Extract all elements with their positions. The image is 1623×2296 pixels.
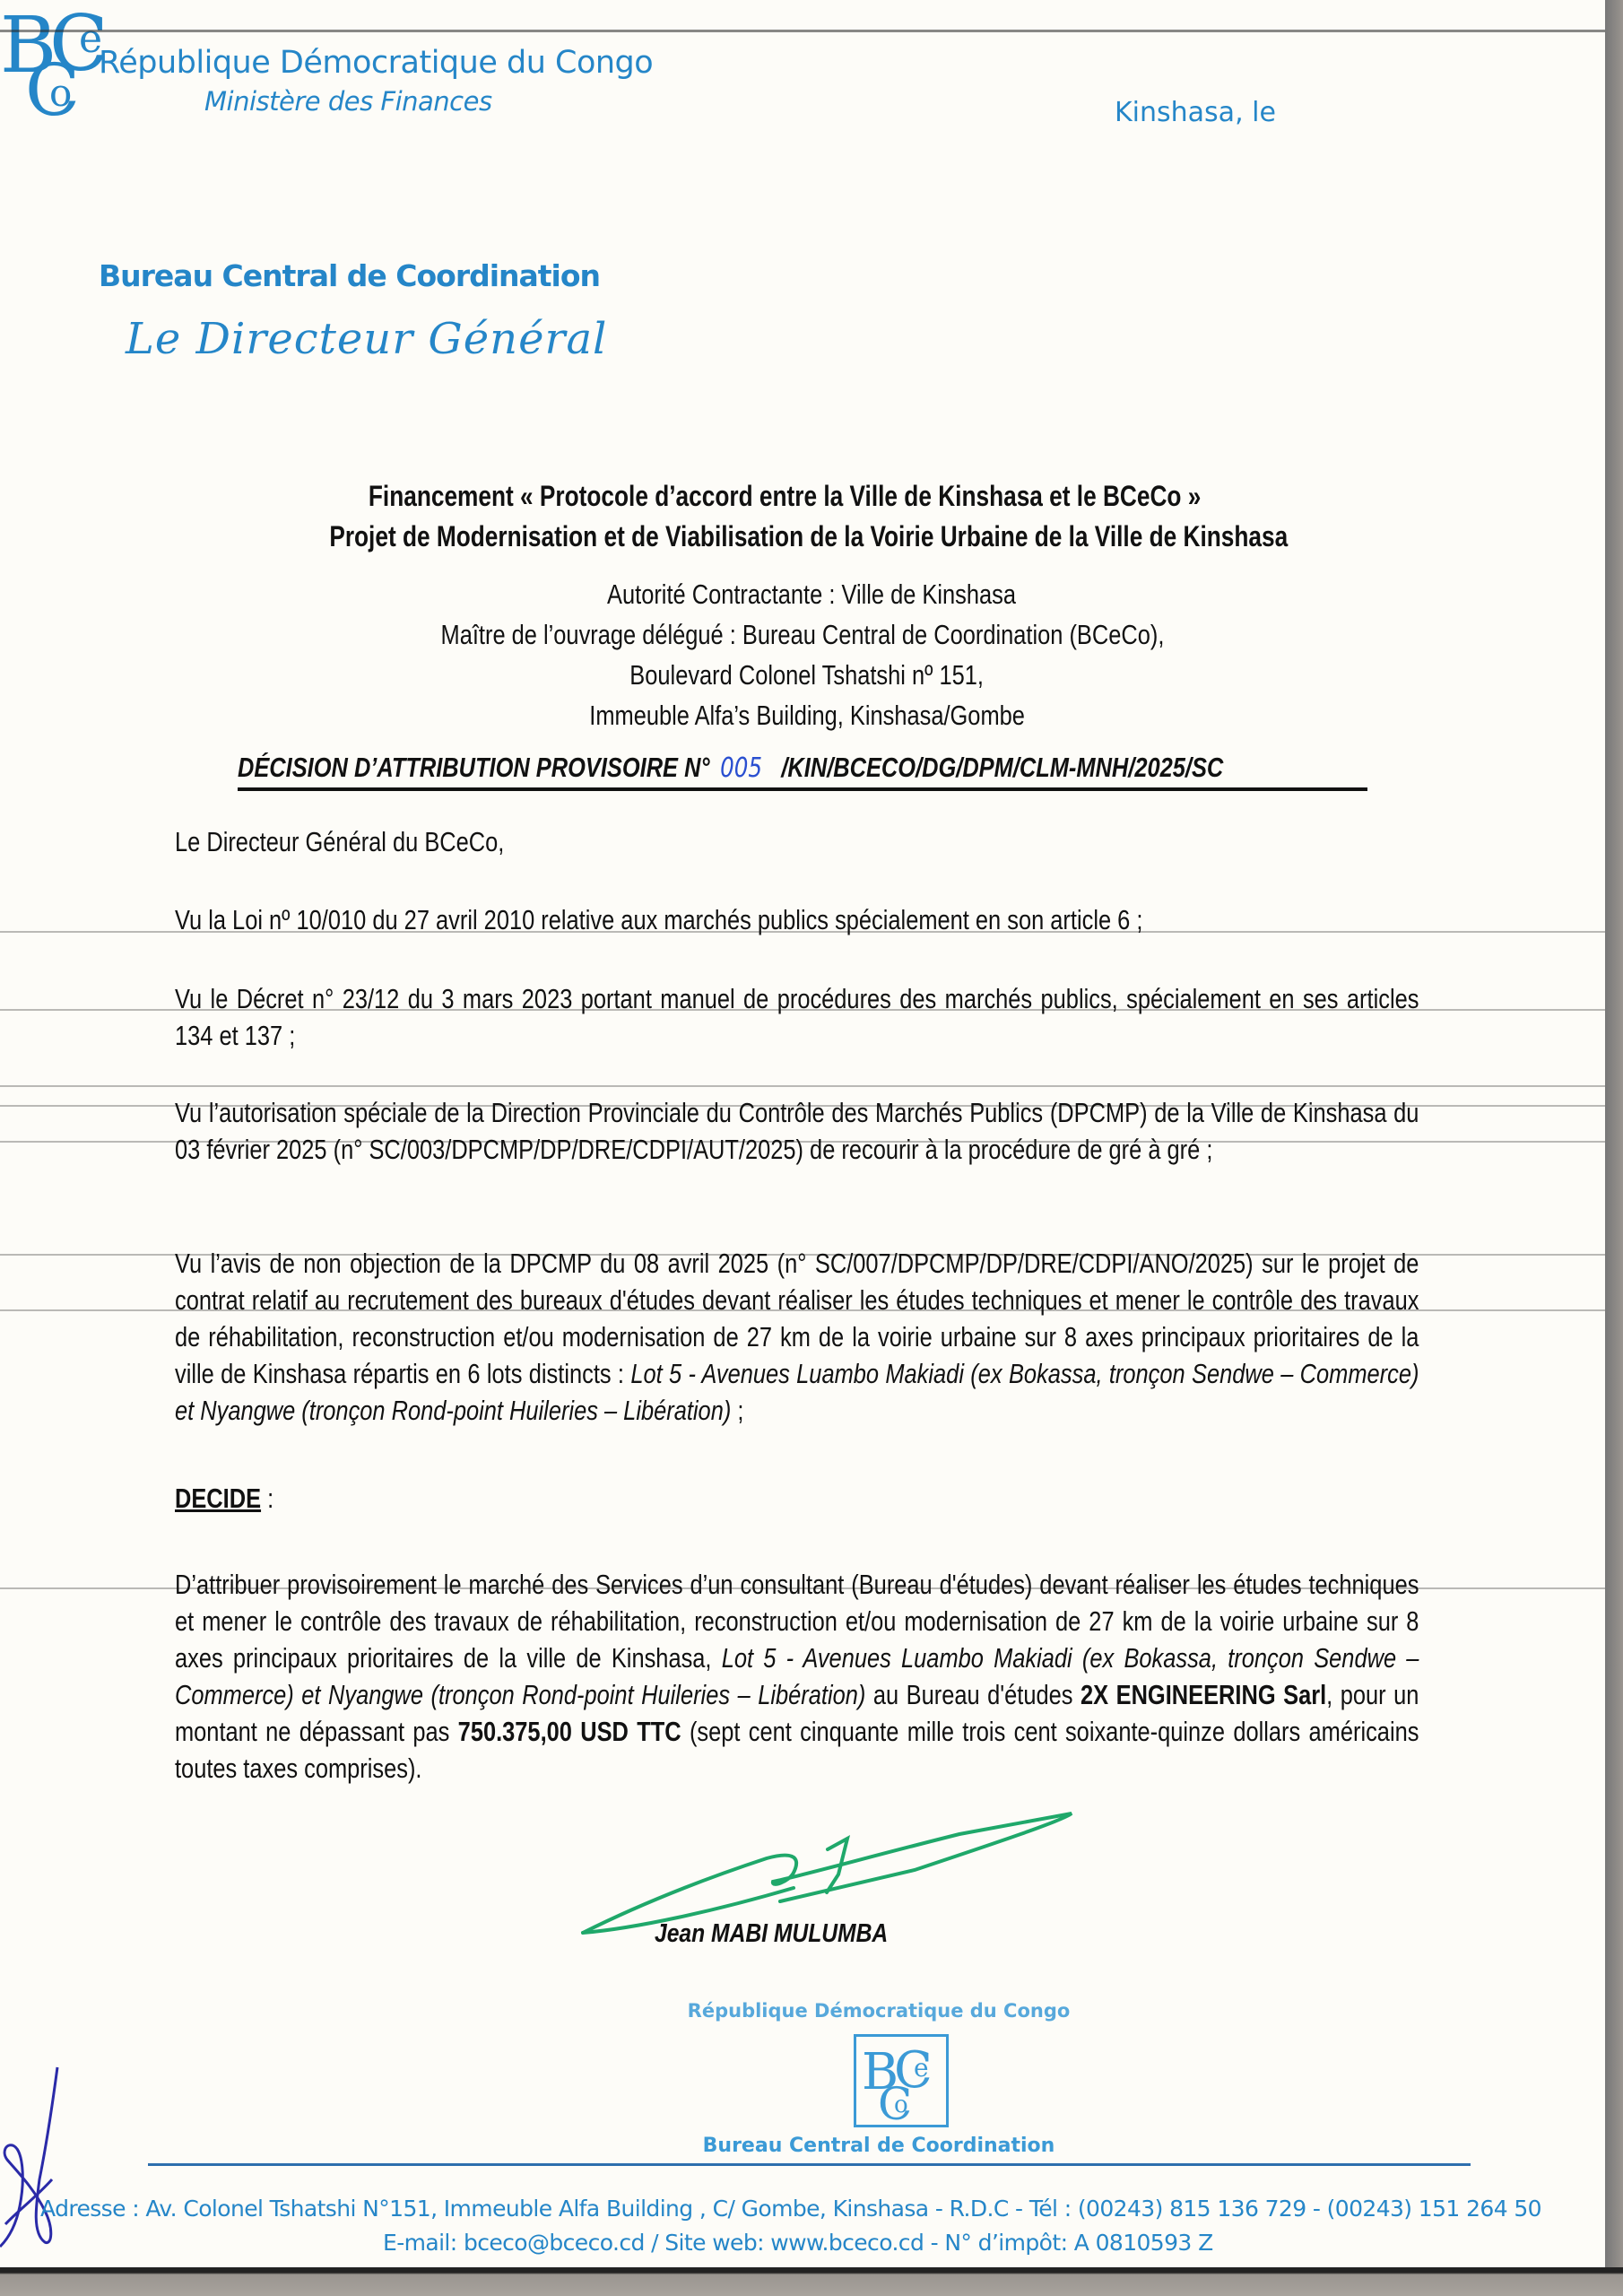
official-stamp: République Démocratique du Congo B C e C…: [681, 2000, 1076, 2179]
contracting-authority: Autorité Contractante : Ville de Kinshas…: [0, 578, 1623, 611]
footer-divider: [148, 2163, 1471, 2166]
considering-authorization-text: Vu l’autorisation spéciale de la Directi…: [175, 1094, 1419, 1168]
street-address-text: Boulevard Colonel Tshatshi nº 151,: [630, 659, 985, 691]
scan-artifact: [0, 30, 1605, 32]
svg-text:e: e: [914, 2053, 929, 2083]
decision-title-underline: [238, 787, 1367, 791]
considering-law-text: Vu la Loi nº 10/010 du 27 avril 2010 rel…: [175, 901, 1419, 938]
svg-text:o: o: [894, 2092, 908, 2118]
handwritten-initials-icon: [0, 2054, 63, 2260]
greeting: Le Directeur Général du BCeCo,: [175, 823, 1419, 860]
country-name: République Démocratique du Congo: [99, 45, 653, 81]
decision-number-handwritten: 005: [710, 752, 782, 784]
delegated-owner: Maître de l’ouvrage délégué : Bureau Cen…: [0, 619, 1614, 651]
place-date: Kinshasa, le: [1115, 97, 1276, 128]
project-title: Projet de Modernisation et de Viabilisat…: [0, 520, 1620, 553]
scan-artifact: [0, 1085, 1605, 1087]
award-article: D’attribuer provisoirement le marché des…: [175, 1566, 1419, 1787]
stamp-country: République Démocratique du Congo: [681, 2000, 1076, 2022]
awardee-name: 2X ENGINEERING Sarl: [1081, 1679, 1326, 1710]
greeting-text: Le Directeur Général du BCeCo,: [175, 823, 1419, 860]
street-address: Boulevard Colonel Tshatshi nº 151,: [0, 659, 1619, 691]
considering-decree: Vu le Décret n° 23/12 du 3 mars 2023 por…: [175, 980, 1419, 1054]
contracting-authority-text: Autorité Contractante : Ville de Kinshas…: [607, 578, 1016, 611]
considering-no-objection: Vu l’avis de non objection de la DPCMP d…: [175, 1245, 1419, 1429]
considering-decree-text: Vu le Décret n° 23/12 du 3 mars 2023 por…: [175, 980, 1419, 1054]
decide-colon: :: [261, 1483, 273, 1514]
decision-title-prefix: DÉCISION D’ATTRIBUTION PROVISOIRE N°: [238, 752, 710, 783]
stamp-organization: Bureau Central de Coordination: [681, 2135, 1076, 2157]
project-text: Projet de Modernisation et de Viabilisat…: [330, 520, 1289, 553]
signatory-name: Jean MABI MULUMBA: [655, 1919, 888, 1949]
decision-title: DÉCISION D’ATTRIBUTION PROVISOIRE N°005/…: [238, 752, 1223, 784]
financing-text: Financement « Protocole d’accord entre l…: [369, 480, 1201, 513]
footer-address: Adresse : Av. Colonel Tshatshi N°151, Im…: [40, 2196, 1541, 2222]
financing-title: Financement « Protocole d’accord entre l…: [0, 480, 1596, 513]
delegated-owner-text: Maître de l’ouvrage délégué : Bureau Cen…: [441, 619, 1165, 651]
no-objection-end: ;: [731, 1395, 743, 1426]
stamp-logo-frame: B C e C o: [854, 2034, 949, 2127]
decide-heading: DECIDE :: [175, 1480, 1419, 1517]
award-text-2: au Bureau d'études: [865, 1679, 1081, 1710]
considering-authorization: Vu l’autorisation spéciale de la Directi…: [175, 1094, 1419, 1168]
footer-contact: E-mail: bceco@bceco.cd / Site web: www.b…: [383, 2230, 1213, 2256]
decision-reference: /KIN/BCECO/DG/DPM/CLM-MNH/2025/SC: [781, 752, 1223, 783]
organization-name: Bureau Central de Coordination: [99, 258, 600, 293]
award-amount: 750.375,00 USD TTC: [458, 1716, 681, 1747]
office-title: Le Directeur Général: [126, 314, 607, 364]
svg-text:o: o: [49, 71, 72, 115]
building-address-text: Immeuble Alfa’s Building, Kinshasa/Gombe: [589, 700, 1025, 732]
scan-edge: [1605, 0, 1623, 2296]
ministry-name: Ministère des Finances: [204, 86, 492, 117]
stamp-logo-icon: B C e C o: [856, 2037, 946, 2125]
building-address: Immeuble Alfa’s Building, Kinshasa/Gombe: [0, 700, 1619, 732]
decide-label: DECIDE: [175, 1483, 261, 1514]
considering-law: Vu la Loi nº 10/010 du 27 avril 2010 rel…: [175, 901, 1419, 938]
scan-edge: [0, 2267, 1623, 2296]
